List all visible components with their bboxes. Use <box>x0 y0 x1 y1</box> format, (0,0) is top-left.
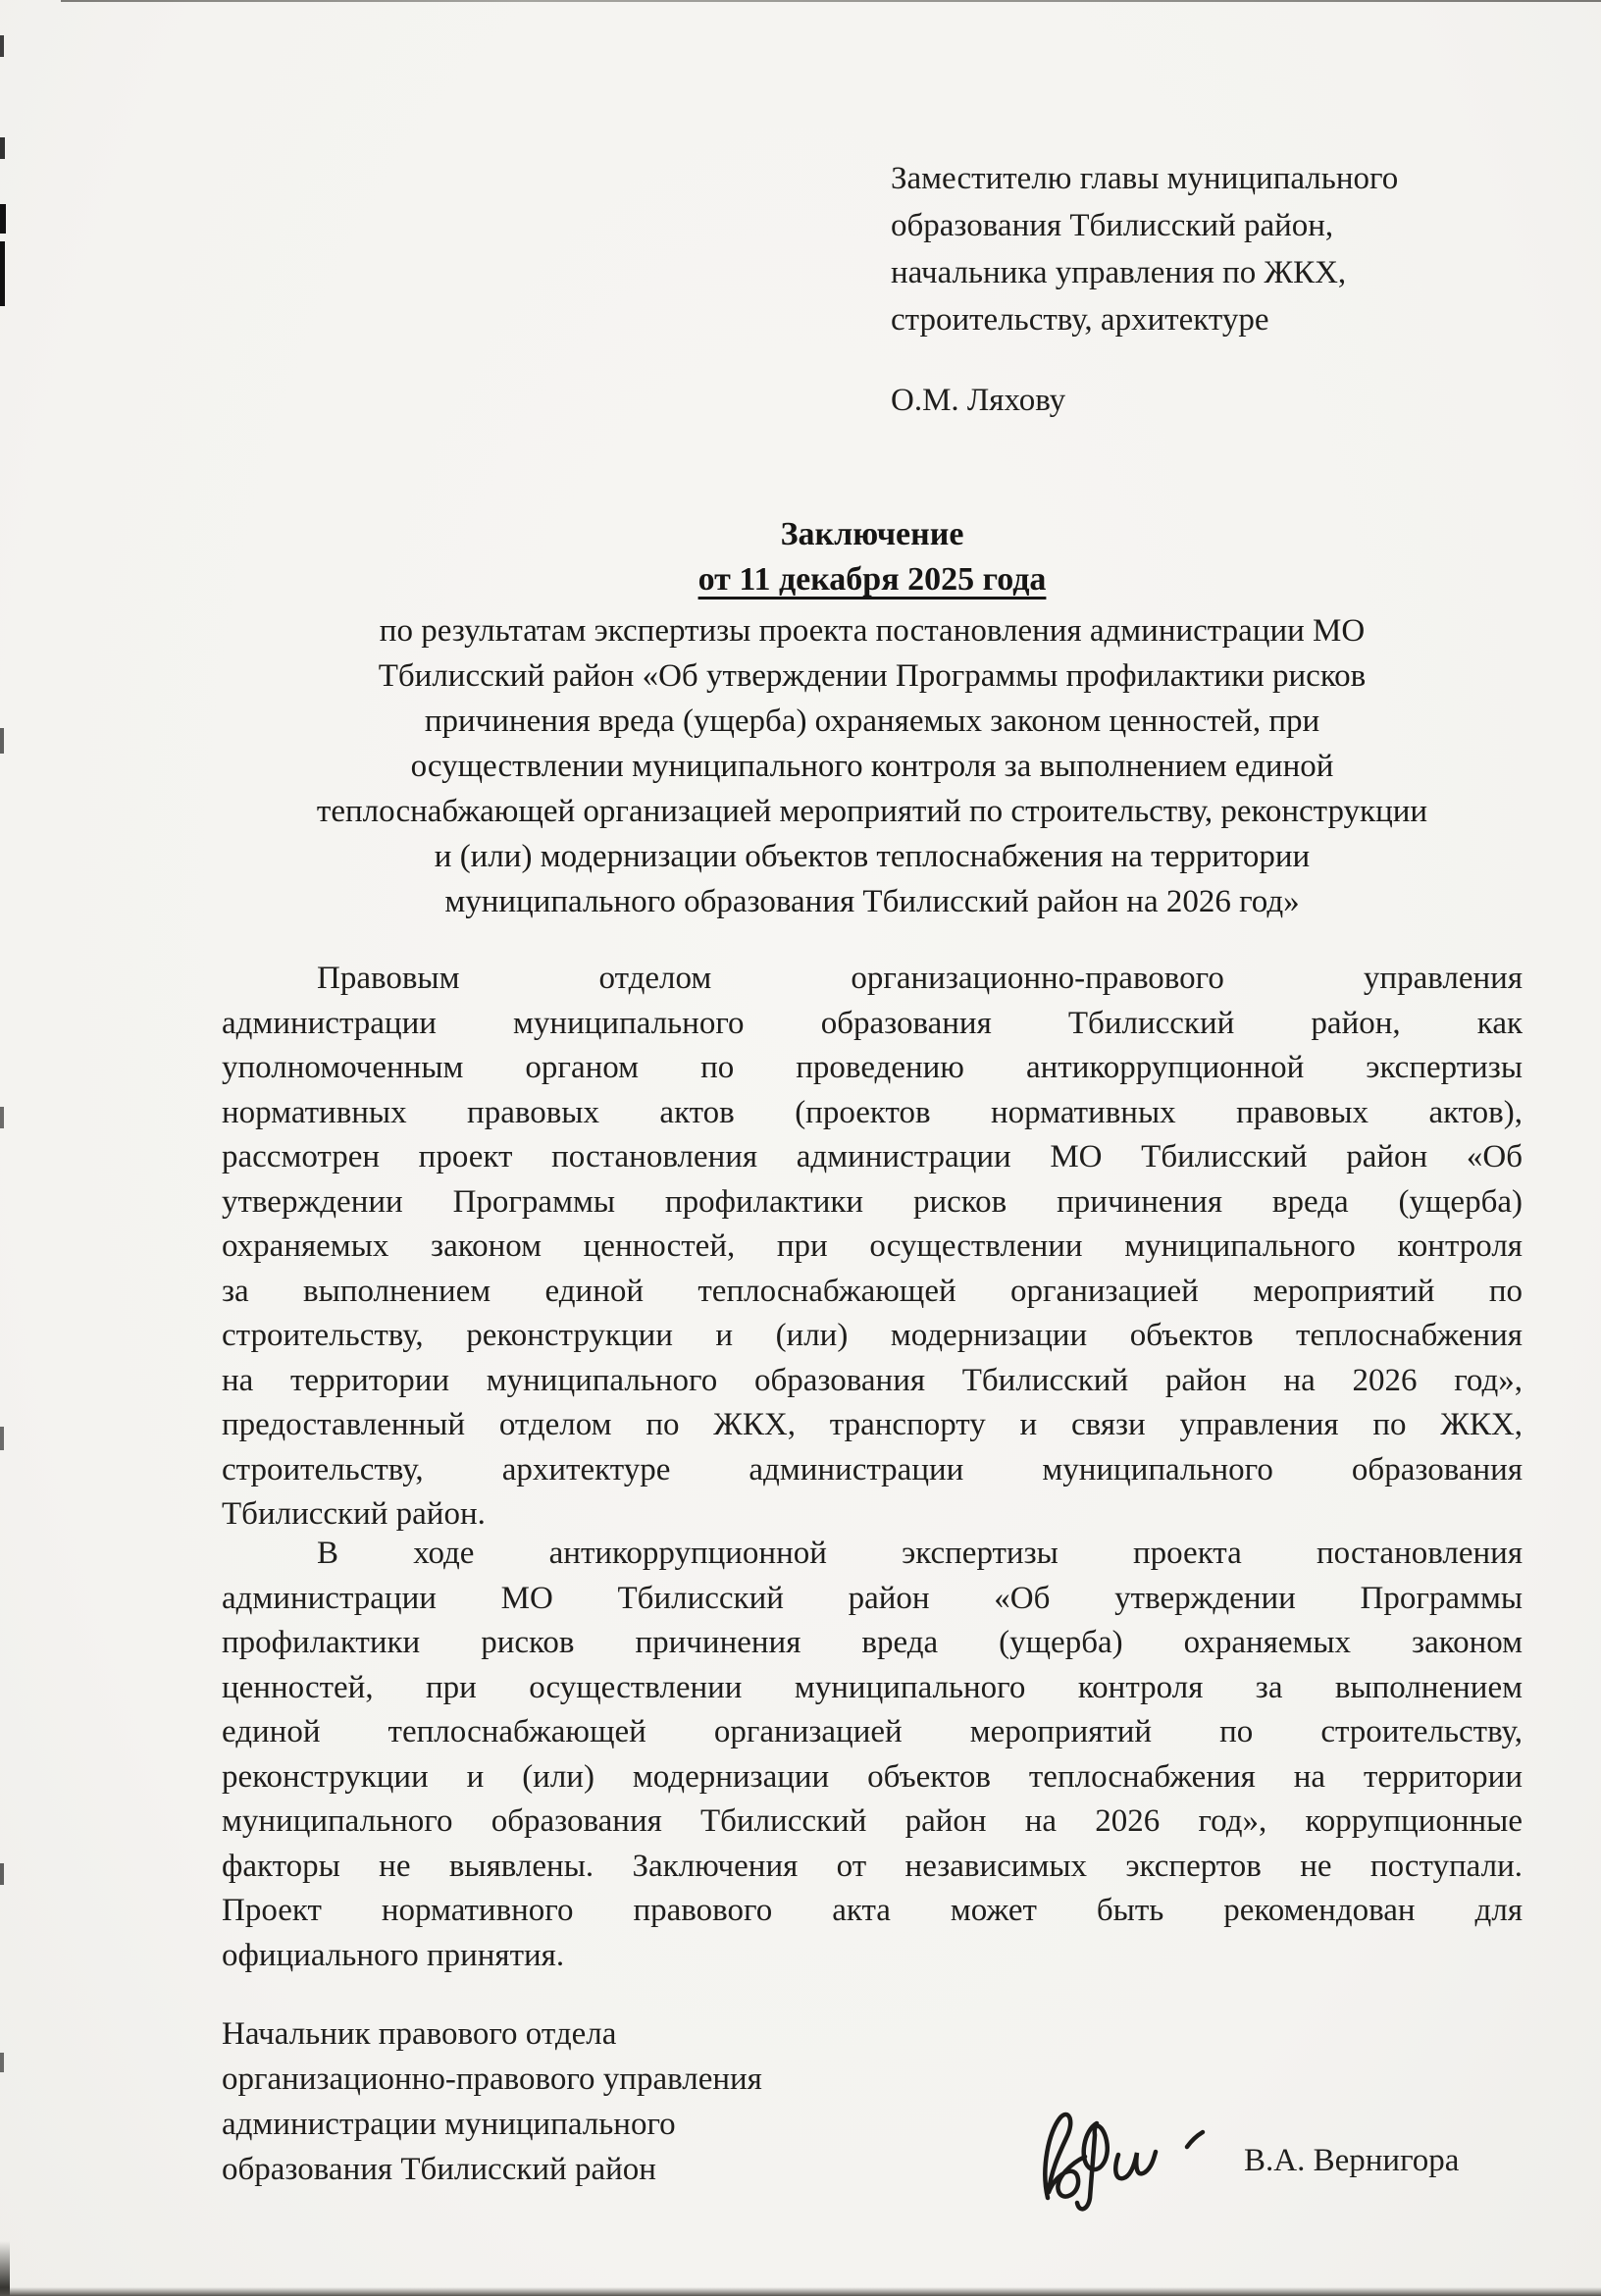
text-line: охраняемых законом ценностей, при осущес… <box>222 1225 1523 1270</box>
recipient-name: О.М. Ляхову <box>891 377 1065 424</box>
text-line: реконструкции и (или) модернизации объек… <box>222 1755 1523 1800</box>
text-line: Заместителю главы муниципального <box>891 155 1440 202</box>
text-line: В ходе антикоррупционной экспертизы прое… <box>222 1532 1523 1577</box>
document-title: Заключение <box>222 516 1523 553</box>
document-date-text: от 11 декабря 2025 года <box>698 561 1047 598</box>
text-line: единой теплоснабжающей организацией меро… <box>222 1710 1523 1755</box>
body-paragraph-2: В ходе антикоррупционной экспертизы прое… <box>222 1532 1523 1978</box>
text-line: образования Тбилисский район, <box>891 202 1440 249</box>
text-line: Проект нормативного правового акта может… <box>222 1889 1523 1934</box>
text-line: строительству, архитектуре администрации… <box>222 1448 1523 1493</box>
text-line: на территории муниципального образования… <box>222 1359 1523 1404</box>
scan-artifact-left-edge <box>0 1863 4 1885</box>
body-paragraph-1: Правовым отделом организационно-правовог… <box>222 957 1523 1538</box>
scan-artifact-bottom-edge <box>0 2287 1601 2296</box>
text-line: Тбилисский район. <box>222 1492 1523 1538</box>
text-line: администрации муниципального образования… <box>222 1002 1523 1047</box>
scan-artifact-left-edge <box>0 137 5 159</box>
text-line: строительству, реконструкции и (или) мод… <box>222 1314 1523 1359</box>
text-line: профилактики рисков причинения вреда (ущ… <box>222 1621 1523 1666</box>
subject-block: по результатам экспертизы проекта постан… <box>222 608 1523 924</box>
signer-name: В.А. Вернигора <box>1244 2143 1459 2179</box>
scan-artifact-left-edge <box>0 35 4 57</box>
text-line: муниципального образования Тбилисский ра… <box>222 1800 1523 1845</box>
text-line: Правовым отделом организационно-правовог… <box>222 957 1523 1002</box>
text-line: осуществлении муниципального контроля за… <box>222 744 1523 789</box>
text-line: администрации МО Тбилисский район «Об ут… <box>222 1577 1523 1622</box>
addressee-block: Заместителю главы муниципальногообразова… <box>891 155 1440 343</box>
text-line: строительству, архитектуре <box>891 296 1440 343</box>
text-line: образования Тбилисский район <box>222 2147 762 2192</box>
text-line: муниципального образования Тбилисский ра… <box>222 879 1523 924</box>
text-line: утверждении Программы профилактики риско… <box>222 1180 1523 1226</box>
text-line: начальника управления по ЖКХ, <box>891 249 1440 296</box>
scan-artifact-left-edge <box>0 2053 4 2072</box>
scan-artifact-left-edge <box>0 728 4 754</box>
text-line: рассмотрен проект постановления админист… <box>222 1135 1523 1180</box>
scan-artifact-top-edge <box>61 0 1601 2</box>
scan-artifact-left-edge <box>0 204 6 234</box>
text-line: теплоснабжающей организацией мероприятий… <box>222 789 1523 834</box>
text-line: причинения вреда (ущерба) охраняемых зак… <box>222 699 1523 744</box>
text-line: официального принятия. <box>222 1934 1523 1979</box>
text-line: организационно-правового управления <box>222 2057 762 2102</box>
scan-artifact-left-edge <box>0 241 5 306</box>
handwritten-signature-icon <box>1032 2108 1218 2214</box>
text-line: за выполнением единой теплоснабжающей ор… <box>222 1270 1523 1315</box>
document-date-line: от 11 декабря 2025 года <box>222 561 1523 599</box>
signer-position-block: Начальник правового отделаорганизационно… <box>222 2011 762 2192</box>
text-line: по результатам экспертизы проекта постан… <box>222 608 1523 653</box>
text-line: нормативных правовых актов (проектов нор… <box>222 1091 1523 1136</box>
scanned-document-page: Заместителю главы муниципальногообразова… <box>0 0 1601 2296</box>
text-line: и (или) модернизации объектов теплоснабж… <box>222 834 1523 879</box>
text-line: Начальник правового отдела <box>222 2011 762 2057</box>
scan-artifact-left-edge <box>0 1107 4 1128</box>
text-line: факторы не выявлены. Заключения от незав… <box>222 1845 1523 1890</box>
text-line: уполномоченным органом по проведению ант… <box>222 1046 1523 1091</box>
text-line: предоставленный отделом по ЖКХ, транспор… <box>222 1403 1523 1448</box>
text-line: администрации муниципального <box>222 2102 762 2147</box>
scan-artifact-left-edge <box>0 1427 4 1450</box>
text-line: ценностей, при осуществлении муниципальн… <box>222 1666 1523 1711</box>
text-line: Тбилисский район «Об утверждении Програм… <box>222 653 1523 699</box>
